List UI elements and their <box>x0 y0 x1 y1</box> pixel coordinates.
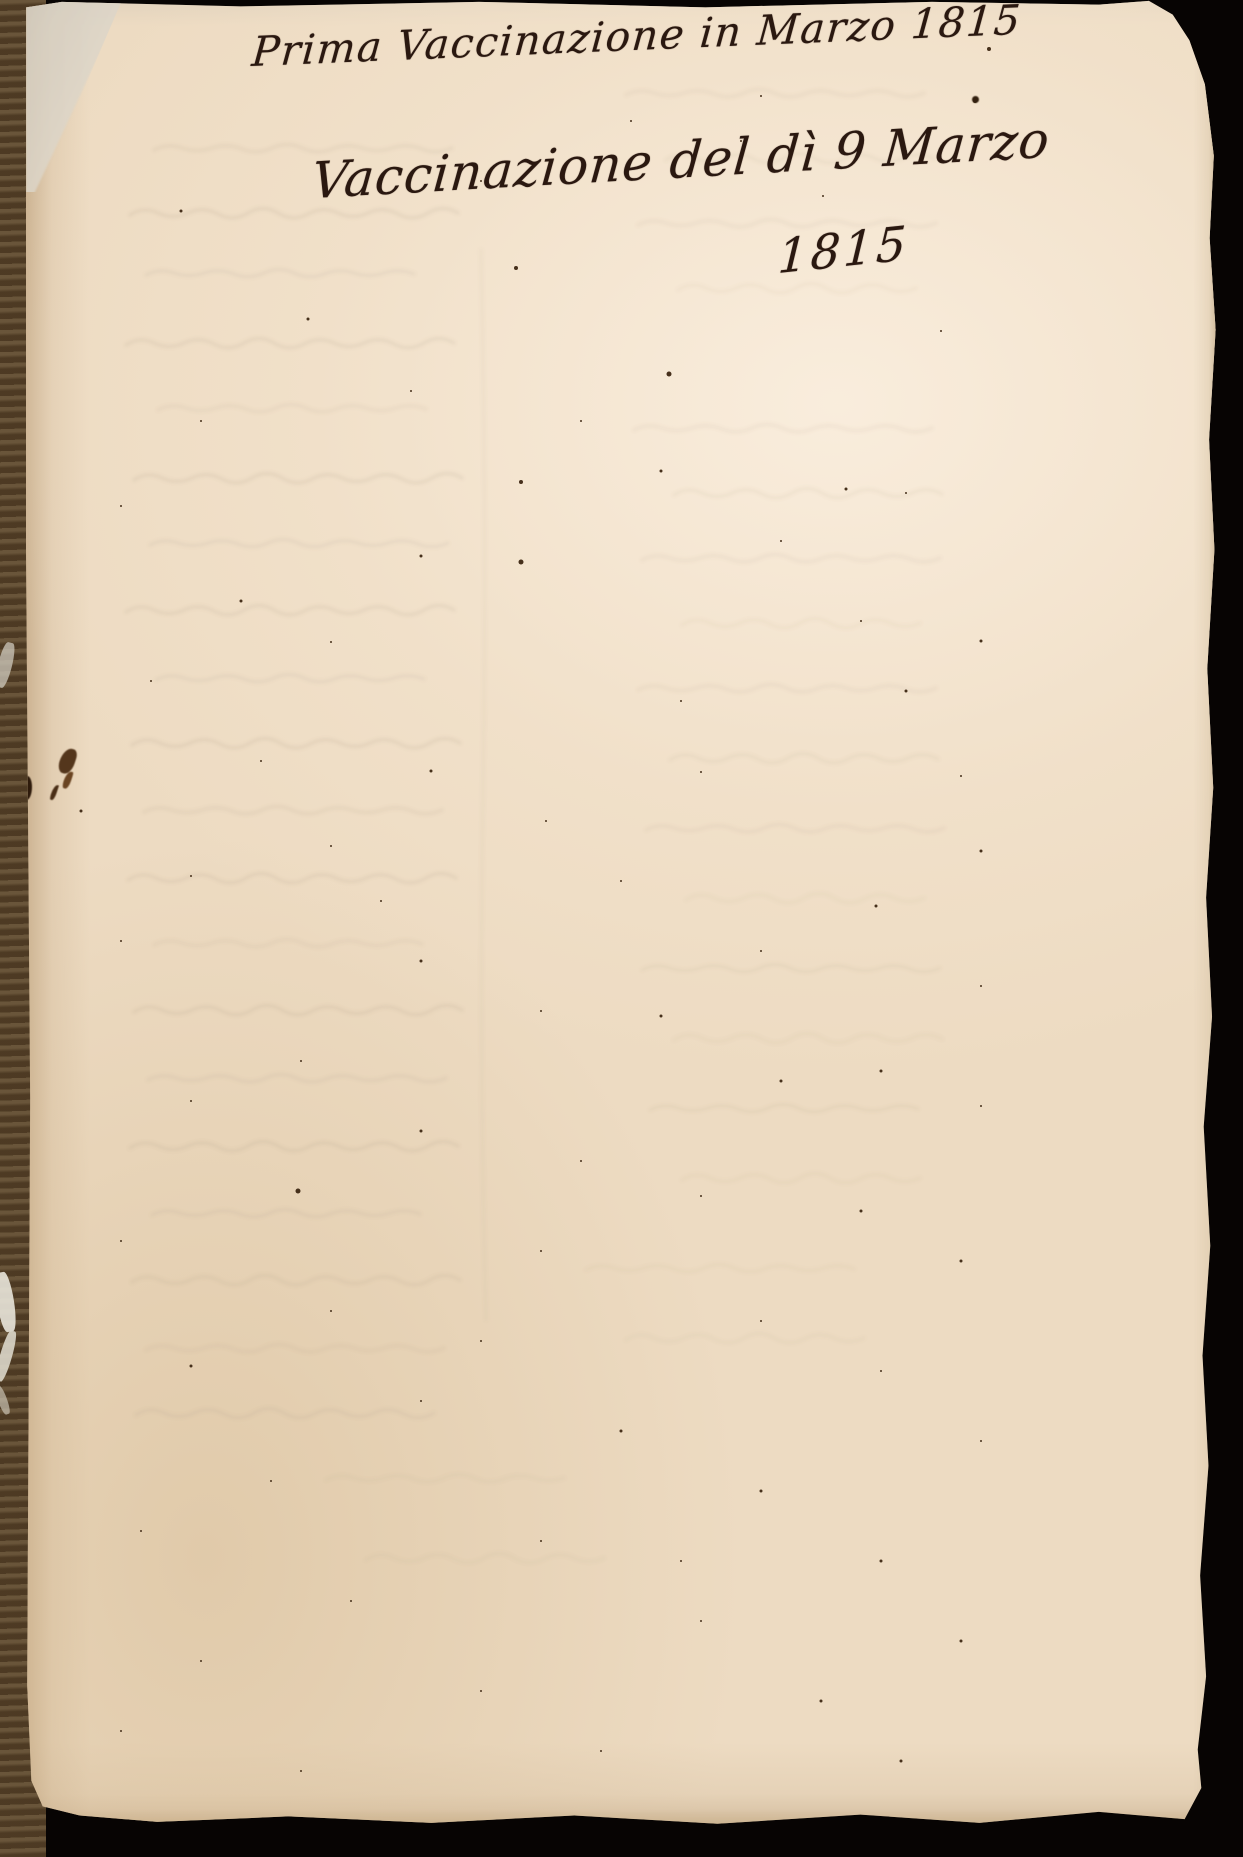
ink-dot <box>972 96 979 103</box>
under-leaf-corner <box>26 0 176 200</box>
torn-edge-bottom <box>26 1808 1218 1832</box>
handwritten-annotation: Prima Vaccinazione in Marzo 1815 <box>250 0 1023 76</box>
manuscript-page: Prima Vaccinazione in Marzo 1815 Vaccina… <box>26 0 1218 1832</box>
stain-blot <box>56 746 78 775</box>
bleed-through-text <box>26 0 1218 1832</box>
torn-edge-right <box>1192 0 1218 1832</box>
handwritten-heading-year: 1815 <box>777 216 911 285</box>
manuscript-photo: { "document": { "annotation_top": "Prima… <box>0 0 1243 1857</box>
handwritten-heading: Vaccinazione del dì 9 Marzo <box>310 111 1053 211</box>
